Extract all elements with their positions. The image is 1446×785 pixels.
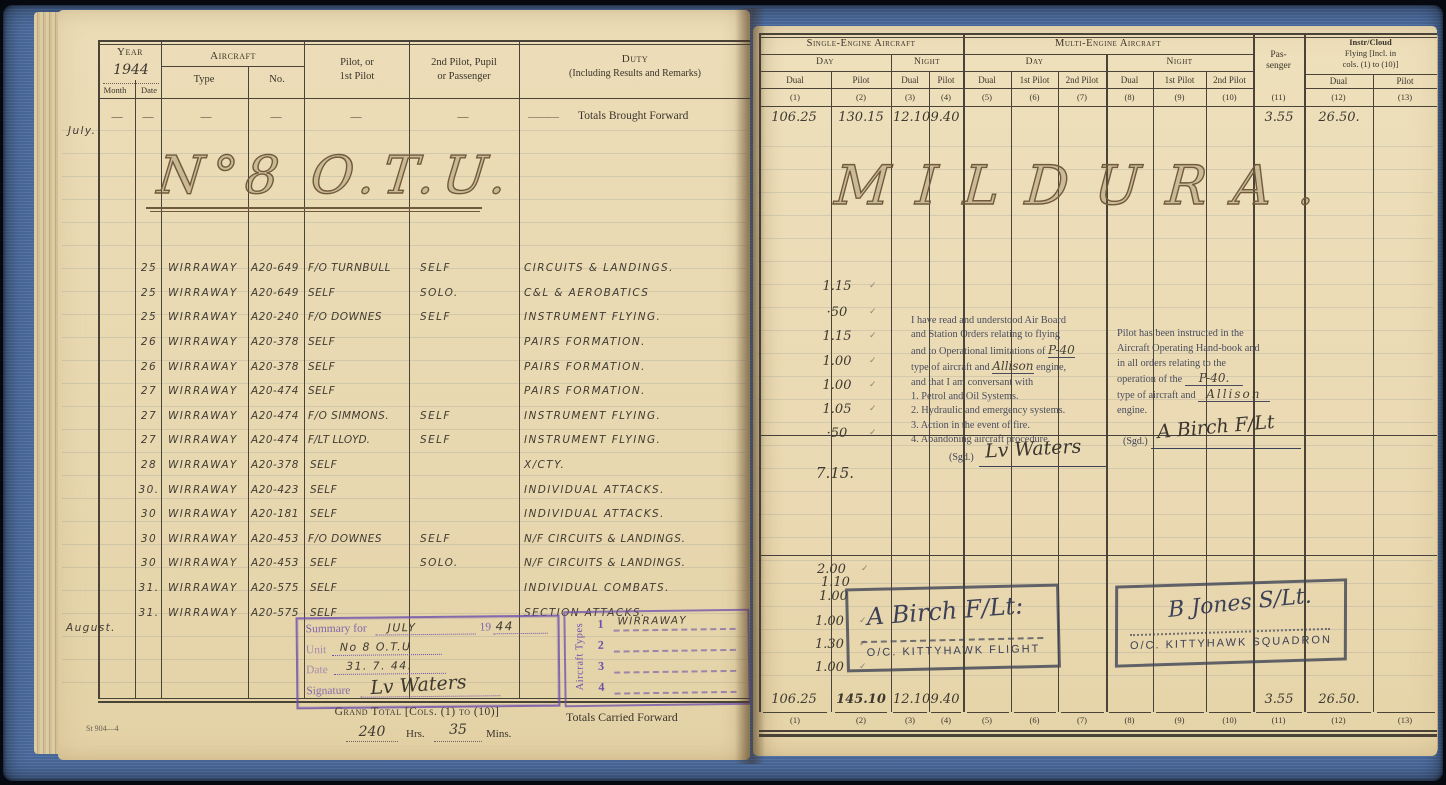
entry-no: A20-378 [251,459,299,471]
stamp-line [614,628,736,632]
entry-no: A20-181 [251,508,299,520]
footer-col-number: (6) [1011,715,1058,725]
single-engine-header: Single-Engine Aircraft [759,38,963,49]
entry-no: A20-575 [251,607,299,619]
tbf-value-c12: 26.50. [1307,110,1371,125]
tick-icon: ✓ [869,307,877,317]
entry-second: SOLO. [420,557,459,569]
grid-line [1304,74,1437,75]
entry-duty: PAIRS FORMATION. [524,385,646,397]
date-header: Date [136,85,162,95]
time-entry: 1.00 [811,378,863,393]
right-page: Single-Engine Aircraft Multi-Engine Airc… [753,26,1437,756]
entry-type: WIRRAWAY [168,410,238,422]
entry-type: WIRRAWAY [168,484,238,496]
stamp-text: and that I am conversant with [911,377,1033,388]
entry-duty: INSTRUMENT FLYING. [524,311,661,323]
entry-date: 30 [136,508,162,520]
dual-header: Dual [1304,76,1373,86]
entry-no: A20-378 [251,336,299,348]
col-number: (4) [929,92,963,102]
tcf-value-c11: 3.55 [1256,692,1302,707]
grid-line [759,33,1437,35]
tbf-long-dash: ——— [528,111,558,123]
grid-line [98,40,100,699]
time-entry: 1.00 [815,614,844,629]
footer-col-number: (5) [963,715,1011,725]
night-header: Night [891,57,963,67]
day-pilot-subtotal: 7.15. [807,464,863,482]
footer-line [893,712,927,713]
tcf-value-c2: 145.10 [833,692,889,707]
first-pilot-header: 1st Pilot [1011,75,1058,85]
footer-col-number: (11) [1253,715,1304,725]
entry-date: 26 [136,361,162,373]
entry-type: WIRRAWAY [168,557,238,569]
stamp-text: 1. Petrol and Oil Systems. [911,391,1019,402]
pilot-header: Pilot [831,75,891,85]
grid-line [759,730,1437,732]
footer-line [1307,712,1371,713]
entry-type: WIRRAWAY [168,311,238,323]
footer-col-number: (12) [1304,715,1373,725]
entry-second: SELF [420,262,451,274]
summary-year-prefix: 19 [480,621,492,633]
entry-second: SELF [420,410,451,422]
stamp-text: type of aircraft and [911,362,990,373]
type-header: Type [162,74,246,85]
stamp-line [614,649,736,653]
entry-second: SELF [420,434,451,446]
stamp-line [861,637,1043,643]
footer-line [931,712,961,713]
entry-date: 25 [136,311,162,323]
entry-second: SOLO. [420,287,459,299]
type-row-num: 1 [597,617,603,632]
entry-no: A20-240 [251,311,299,323]
unit-value: No 8 O.T.U [340,640,412,654]
stamp-text: and to Operational limitations of [911,346,1045,357]
footer-line [1014,712,1056,713]
entry-second: SELF [420,311,451,323]
grand-total-hours: 240 [350,724,394,740]
footer-line [1061,712,1104,713]
dual-header: Dual [891,75,929,85]
tcf-value-c1: 106.25 [761,692,827,707]
entry-type: WIRRAWAY [168,607,238,619]
tbf-value-c11: 3.55 [1256,110,1302,125]
left-page: Year 1944 Month Date Aircraft Type No. P… [58,10,750,760]
night-header: Night [1106,57,1253,67]
col-number: (1) [759,92,831,102]
tick-icon: ✓ [869,331,877,341]
tick-icon: ✓ [869,281,877,291]
summary-year: 44 [496,619,514,633]
col-number: (3) [891,92,929,102]
time-entry: 1.00 [819,589,848,604]
entry-date: 27 [136,385,162,397]
squadron-stamp-label: O/C. KITTYHAWK SQUADRON [1118,633,1344,652]
tcf-value-c12: 26.50. [1307,692,1371,707]
pilot-header: Pilot, or [306,57,408,68]
stamp-line [614,670,736,674]
pilot-header: Pilot [1373,76,1437,86]
dual-header: Dual [759,75,831,85]
aircraft-header: Aircraft [162,50,304,62]
tick-icon: ✓ [869,380,877,390]
unit-label: Unit [306,644,327,656]
aircraft-type-handwritten: P-40. [1185,371,1244,386]
instr-header-3: cols. (1) to (10)] [1304,59,1437,69]
entry-duty: INDIVIDUAL ATTACKS. [524,508,665,520]
entry-date: 30. [136,484,162,496]
year-value: 1944 [102,62,160,78]
entry-type: WIRRAWAY [168,385,238,397]
time-entry: ·50 [811,426,863,441]
signature-line [1151,448,1301,449]
aircraft-types-label: Aircraft Types [574,617,586,697]
entry-pilot: F/O TURNBULL [308,262,391,274]
entry-type: WIRRAWAY [168,582,238,594]
entry-second: SELF [420,533,451,545]
footer-col-number: (13) [1373,715,1437,725]
grid-line [98,44,750,45]
tick-icon: ✓ [861,564,869,574]
pilot-header: Pilot [929,75,963,85]
day-header: Day [963,57,1106,67]
stamp-text: operation of the [1117,374,1182,385]
grid-line [1373,74,1374,712]
tbf-dash: — [410,111,516,123]
dotted-line [494,633,548,635]
entry-pilot: SELF [308,287,335,299]
footer-line [1156,712,1204,713]
dotted-line [434,741,482,742]
logbook-photo: Year 1944 Month Date Aircraft Type No. P… [0,0,1446,785]
entry-date: 31. [136,582,162,594]
entry-no: A20-474 [251,410,299,422]
entry-duty: C&L & AEROBATICS [524,287,649,299]
entry-date: 26 [136,336,162,348]
col-number: (13) [1373,92,1437,102]
col-number: (5) [963,92,1011,102]
month-header: Month [96,85,134,95]
location-title: MILDURA. [833,154,1344,217]
footer-line [835,712,887,713]
time-entry: 1.15 [811,329,863,344]
entry-duty: PAIRS FORMATION. [524,361,646,373]
tbf-label: Totals Brought Forward [578,110,688,122]
summary-label: Summary for [306,623,367,636]
tbf-dash: — [306,111,406,123]
entry-type: WIRRAWAY [168,508,238,520]
footer-col-number: (7) [1058,715,1106,725]
tick-icon: ✓ [869,356,877,366]
stamp-text: engine, [1036,362,1066,373]
tbf-value-c2: 130.15 [833,110,889,125]
aircraft-type-handwritten: P-40 [1048,343,1075,358]
footer-col-number: (1) [759,715,831,725]
time-entry: 1.00 [815,660,844,675]
totals-carried-forward-label: Totals Carried Forward [566,710,678,725]
footer-col-number: (4) [929,715,963,725]
tbf-value-c1: 106.25 [761,110,827,125]
grid-line [759,54,1253,55]
second-pilot-header: 2nd Pilot, Pupil [410,57,518,68]
entry-type: WIRRAWAY [168,262,238,274]
tick-icon: ✓ [869,428,877,438]
time-entry: 1.00 [811,354,863,369]
grid-line [1304,88,1437,89]
time-entry: 1.05 [811,402,863,417]
pilot-header-2: 1st Pilot [306,71,408,82]
entry-duty: N/F CIRCUITS & LANDINGS. [524,533,686,545]
type-row-num: 4 [598,680,604,695]
instructed-stamp: Pilot has been instructed in the Aircraf… [1117,326,1335,418]
col-number: (2) [831,92,891,102]
month-annotation-july: July. [68,125,96,137]
tbf-dash: — [136,111,160,123]
tick-icon: ✓ [869,404,877,414]
footer-line [967,712,1009,713]
stamp-text: type of aircraft and [1117,390,1196,401]
entry-pilot: SELF [310,557,337,569]
squadron-signature: B Jones S/Lt. [1167,583,1312,622]
entry-pilot: SELF [310,582,337,594]
section-line [759,555,1437,556]
entry-pilot: F/O DOWNES [308,533,382,545]
entry-pilot: F/O SIMMONS. [308,410,389,422]
entry-pilot: SELF [310,459,337,471]
sgd-label: (Sgd.) [1123,436,1148,447]
entry-date: 28 [136,459,162,471]
instr-header-1: Instr/Cloud [1304,37,1437,47]
col-number: (6) [1011,92,1058,102]
entry-type: WIRRAWAY [168,459,238,471]
footer-col-number: (3) [891,715,929,725]
grid-line [98,98,750,99]
col-number: (12) [1304,92,1373,102]
entry-date: 30 [136,533,162,545]
date-label: Date [306,664,328,676]
title-underline [150,211,480,212]
entry-type: WIRRAWAY [168,287,238,299]
entry-no: A20-649 [251,262,299,274]
aircraft-types-stamp: Aircraft Types 1 WIRRAWAY 2 3 4 [563,609,750,708]
instr-header-2: Flying [Incl. in [1304,48,1437,58]
dotted-line [332,654,442,656]
stamp-text: I have read and understood Air Board [911,315,1066,326]
entry-type: WIRRAWAY [168,361,238,373]
entry-date: 30 [136,557,162,569]
grid-line [162,66,304,67]
title-underline [146,207,482,209]
entry-duty: INSTRUMENT FLYING. [524,410,661,422]
stamp-text: Pilot has been instructed in the [1117,328,1244,339]
unit-title: N°8 O.T.U. [155,146,518,206]
dotted-line [346,741,398,742]
footer-line [1109,712,1151,713]
col-number: (7) [1058,92,1106,102]
signature-label: Signature [306,685,350,697]
tbf-value-c3: 12.10 [893,110,927,125]
passenger-header-2: senger [1253,61,1304,71]
col-number: (11) [1253,92,1304,102]
tcf-value-c3: 12.10 [893,692,927,707]
grid-line [409,40,410,698]
form-number: St 904—4 [86,724,119,733]
entry-duty: CIRCUITS & LANDINGS. [524,262,674,274]
time-entry: 1.15 [811,279,863,294]
entry-date: 31. [136,607,162,619]
entry-no: A20-378 [251,361,299,373]
entry-duty: N/F CIRCUITS & LANDINGS. [524,557,686,569]
stamp-text: 3. Action in the event of fire. [911,420,1030,431]
footer-col-number: (9) [1153,715,1206,725]
summary-period: JULY [388,621,417,634]
signature-line [979,466,1107,467]
grid-line [759,71,1253,72]
footer-col-number: (8) [1106,715,1153,725]
engine-handwritten: Allison [992,359,1033,374]
multi-engine-header: Multi-Engine Aircraft [963,38,1253,49]
flight-stamp: A Birch F/Lt: O/C. KITTYHAWK FLIGHT [845,584,1061,673]
entry-date: 27 [136,410,162,422]
entry-type: WIRRAWAY [168,533,238,545]
footer-line [1209,712,1251,713]
duty-header: Duty [520,53,750,65]
entry-no: A20-474 [251,434,299,446]
entry-duty: INSTRUMENT FLYING. [524,434,661,446]
year-header: Year [98,46,162,58]
entry-no: A20-575 [251,582,299,594]
entry-type: WIRRAWAY [168,434,238,446]
dotted-line [360,695,500,697]
type-row-num: 2 [598,638,604,653]
grid-line [98,40,750,42]
footer-line [1377,712,1435,713]
entry-pilot: SELF [308,336,335,348]
tbf-value-c4: 9.40 [929,110,961,125]
entry-pilot: SELF [310,508,337,520]
entry-pilot: SELF [308,385,335,397]
entry-no: A20-474 [251,385,299,397]
entry-duty: X/CTY. [524,459,565,471]
hrs-label: Hrs. [406,728,425,740]
entry-no: A20-453 [251,533,299,545]
second-pilot-header-2: or Passenger [410,71,518,82]
entry-type: WIRRAWAY [168,336,238,348]
grand-total-label: Grand Total [Cols. (1) to (10)] [302,706,532,718]
tbf-dash: — [100,111,134,123]
second-pilot-header: 2nd Pilot [1058,75,1106,85]
first-pilot-header: 1st Pilot [1153,75,1206,85]
stamp-line [614,691,736,695]
time-entry: 1.30 [815,637,844,652]
air-board-stamp: I have read and understood Air Board and… [911,314,1107,448]
grid-line [759,106,1437,107]
no-header: No. [250,74,304,85]
sgd-label: (Sgd.) [949,452,974,463]
stamp-text: and Station Orders relating to flying [911,329,1060,340]
squadron-stamp: B Jones S/Lt. O/C. KITTYHAWK SQUADRON [1115,578,1347,667]
type-row-value: WIRRAWAY [617,615,687,628]
summary-stamp: Summary for JULY 19 44 Unit No 8 O.T.U D… [296,615,561,710]
entry-pilot: SELF [308,361,335,373]
month-annotation-august: August. [66,622,116,634]
col-number: (9) [1153,92,1206,102]
entry-no: A20-649 [251,287,299,299]
stamp-text: engine. [1117,405,1147,416]
type-row-num: 3 [598,659,604,674]
dotted-line [376,633,476,635]
footer-line [763,712,827,713]
duty-header-2: (Including Results and Remarks) [520,68,750,79]
grid-line [304,40,305,698]
entry-pilot: F/LT LLOYD. [308,434,370,446]
flight-stamp-label: O/C. KITTYHAWK FLIGHT [849,643,1057,660]
entry-duty: INDIVIDUAL COMBATS. [524,582,670,594]
grand-total-minutes: 35 [438,722,478,738]
entry-duty: PAIRS FORMATION. [524,336,646,348]
entry-pilot: F/O DOWNES [308,311,382,323]
entry-no: A20-453 [251,557,299,569]
entry-date: 25 [136,287,162,299]
mins-label: Mins. [486,728,511,740]
col-number: (10) [1206,92,1253,102]
dotted-line [103,83,159,84]
entry-duty: INDIVIDUAL ATTACKS. [524,484,665,496]
footer-col-number: (2) [831,715,891,725]
grid-line [519,40,520,698]
stamp-text: in all orders relating to the [1117,358,1226,369]
dual-header: Dual [963,75,1011,85]
date-value: 31. 7. 44. [346,659,413,673]
entry-date: 25 [136,262,162,274]
dual-header: Dual [1106,75,1153,85]
entry-date: 27 [136,434,162,446]
col-number: (8) [1106,92,1153,102]
footer-col-number: (10) [1206,715,1253,725]
entry-no: A20-423 [251,484,299,496]
tbf-dash: — [168,111,244,123]
time-entry: ·50 [811,305,863,320]
tbf-dash: — [250,111,302,123]
grid-line [759,88,1253,89]
engine-handwritten: Allison [1198,387,1269,402]
entry-pilot: SELF [310,484,337,496]
tcf-value-c4: 9.40 [929,692,961,707]
stamp-text: 2. Hydraulic and emergency systems. [911,405,1065,416]
passenger-header: Pas- [1253,50,1304,60]
footer-line [1256,712,1302,713]
day-header: Day [759,57,891,67]
stamp-text: Aircraft Operating Hand-book and [1117,343,1260,354]
second-pilot-header: 2nd Pilot [1206,75,1253,85]
grid-line [759,734,1437,737]
book-gutter-shadow [735,8,765,764]
flight-signature: A Birch F/Lt: [866,591,1024,631]
